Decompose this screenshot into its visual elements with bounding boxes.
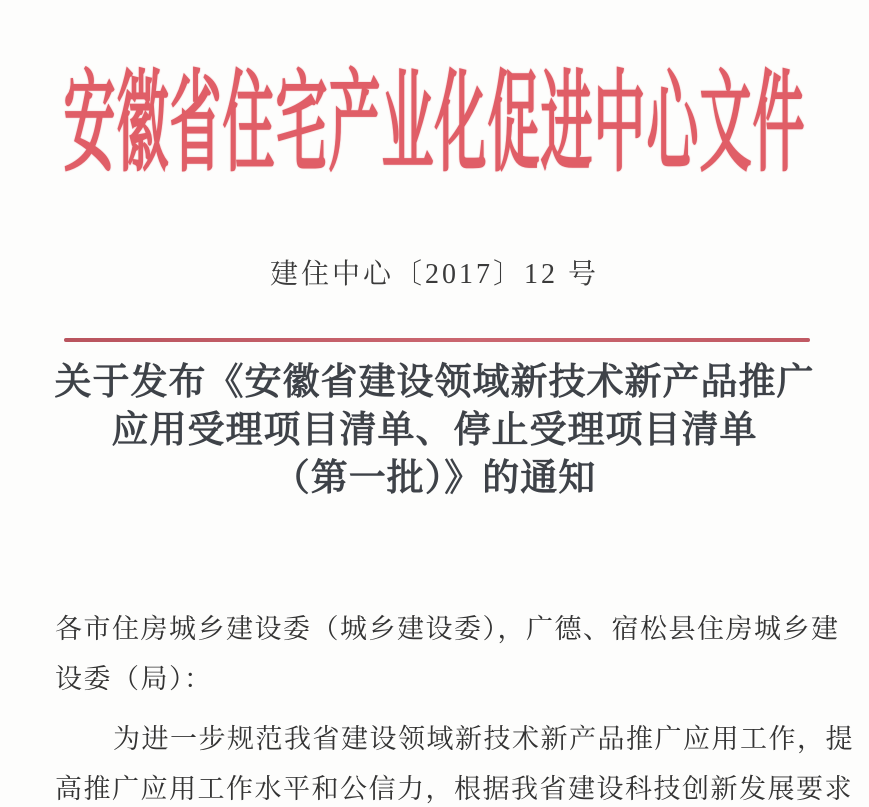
notice-title: 关于发布《安徽省建设领域新技术新产品推广 应用受理项目清单、停止受理项目清单 （… [0,358,869,502]
red-divider-line [64,338,810,342]
intro-paragraph-line-2: 高推广应用工作水平和公信力，根据我省建设科技创新发展要求 [55,764,817,807]
notice-title-line-3: （第一批）》的通知 [0,454,869,502]
document-page: 安徽省住宅产业化促进中心文件 建住中心〔2017〕12 号 关于发布《安徽省建设… [0,0,869,807]
letterhead-org-title: 安徽省住宅产业化促进中心文件 [63,34,805,193]
intro-paragraph-line-1: 为进一步规范我省建设领域新技术新产品推广应用工作，提 [55,714,817,764]
salutation-line-2: 设委（局）： [55,654,817,704]
notice-title-line-2: 应用受理项目清单、停止受理项目清单 [0,406,869,454]
notice-title-line-1: 关于发布《安徽省建设领域新技术新产品推广 [0,358,869,406]
salutation-paragraph: 各市住房城乡建设委（城乡建设委），广德、宿松县住房城乡建 设委（局）： [55,604,817,704]
letterhead: 安徽省住宅产业化促进中心文件 [0,48,869,178]
intro-paragraph: 为进一步规范我省建设领域新技术新产品推广应用工作，提 高推广应用工作水平和公信力… [55,714,817,807]
document-body: 各市住房城乡建设委（城乡建设委），广德、宿松县住房城乡建 设委（局）： 为进一步… [0,604,869,807]
document-number: 建住中心〔2017〕12 号 [0,258,869,292]
salutation-line-1: 各市住房城乡建设委（城乡建设委），广德、宿松县住房城乡建 [55,604,817,654]
